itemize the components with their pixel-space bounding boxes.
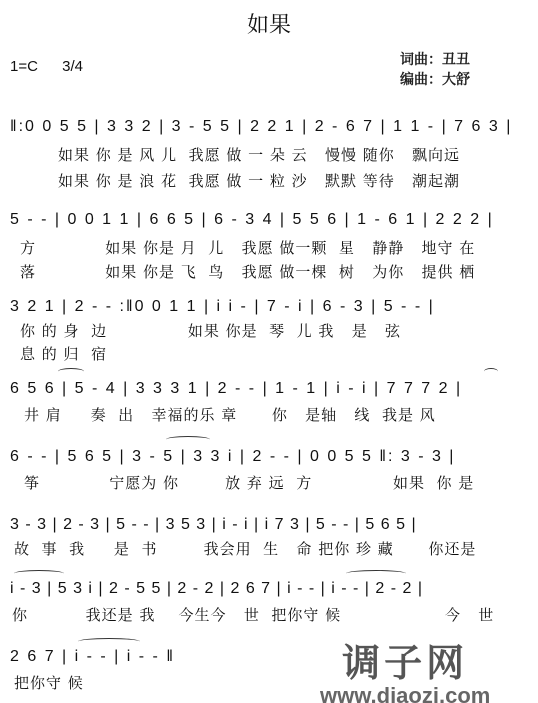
notation-line: 6 - - | 5 6 5 | 3 - 5 | 3 3 i | 2 - - | …: [10, 442, 455, 466]
lyrics-verse-1: 筝 宁愿为 你 放 弃 远 方 如果 你 是: [24, 472, 474, 493]
lyrics-verse-1: 井 肩 奏 出 幸福的乐 章 你 是轴 线 我是 风: [24, 404, 436, 425]
watermark: 调子网 www.diaozi.com: [320, 632, 490, 703]
notation-line: ‖:0 0 5 5 | 3 3 2 | 3 - 5 5 | 2 2 1 | 2 …: [10, 112, 512, 136]
time-signature: 3/4: [62, 58, 83, 75]
notation-line: i - 3 | 5 3 i | 2 - 5 5 | 2 - 2 | 2 6 7 …: [10, 574, 423, 598]
arranger-credit: 编曲：大舒: [400, 70, 470, 90]
lyrics-verse-1: 故 事 我 是 书 我会用 生 命 把你 珍 藏 你还是: [14, 538, 476, 559]
key-and-time: 1=C 3/4: [10, 58, 103, 75]
song-title: 如果: [0, 8, 538, 39]
lyrics-verse-1: 方 如果 你是 月 儿 我愿 做一颗 星 静静 地守 在: [20, 237, 475, 258]
tie-slur: [484, 368, 498, 375]
lyrics-verse-2: 息 的 归 宿: [20, 343, 107, 364]
notation-line: 6 5 6 | 5 - 4 | 3 3 3 1 | 2 - - | 1 - 1 …: [10, 374, 462, 398]
notation-line: 3 - 3 | 2 - 3 | 5 - - | 3 5 3 | i - i | …: [10, 510, 417, 534]
lyricist-credit: 词曲：丑丑: [400, 50, 470, 70]
lyrics-verse-1: 你 我还是 我 今生今 世 把你守 候 今 世: [12, 604, 494, 625]
watermark-url: www.diaozi.com: [320, 683, 490, 703]
notation-line: 3 2 1 | 2 - - :‖0 0 1 1 | i i - | 7 - i …: [10, 292, 435, 316]
lyrics-verse-1: 你 的 身 边 如果 你是 琴 儿 我 是 弦: [20, 320, 401, 341]
credits: 词曲：丑丑 编曲：大舒: [400, 50, 470, 90]
lyrics-verse-1: 把你守 候: [14, 672, 84, 693]
lyrics-verse-1: 如果 你 是 风 儿 我愿 做 一 朵 云 慢慢 随你 飘向远: [58, 144, 460, 165]
watermark-site-name: 调子网: [320, 632, 490, 687]
lyrics-verse-2: 如果 你 是 浪 花 我愿 做 一 粒 沙 默默 等待 潮起潮: [58, 170, 460, 191]
notation-line: 5 - - | 0 0 1 1 | 6 6 5 | 6 - 3 4 | 5 5 …: [10, 205, 494, 229]
key-signature: 1=C: [10, 58, 38, 75]
lyrics-verse-2: 落 如果 你是 飞 鸟 我愿 做一棵 树 为你 提供 栖: [20, 261, 475, 282]
notation-line: 2 6 7 | i - - | i - - ‖: [10, 642, 175, 666]
